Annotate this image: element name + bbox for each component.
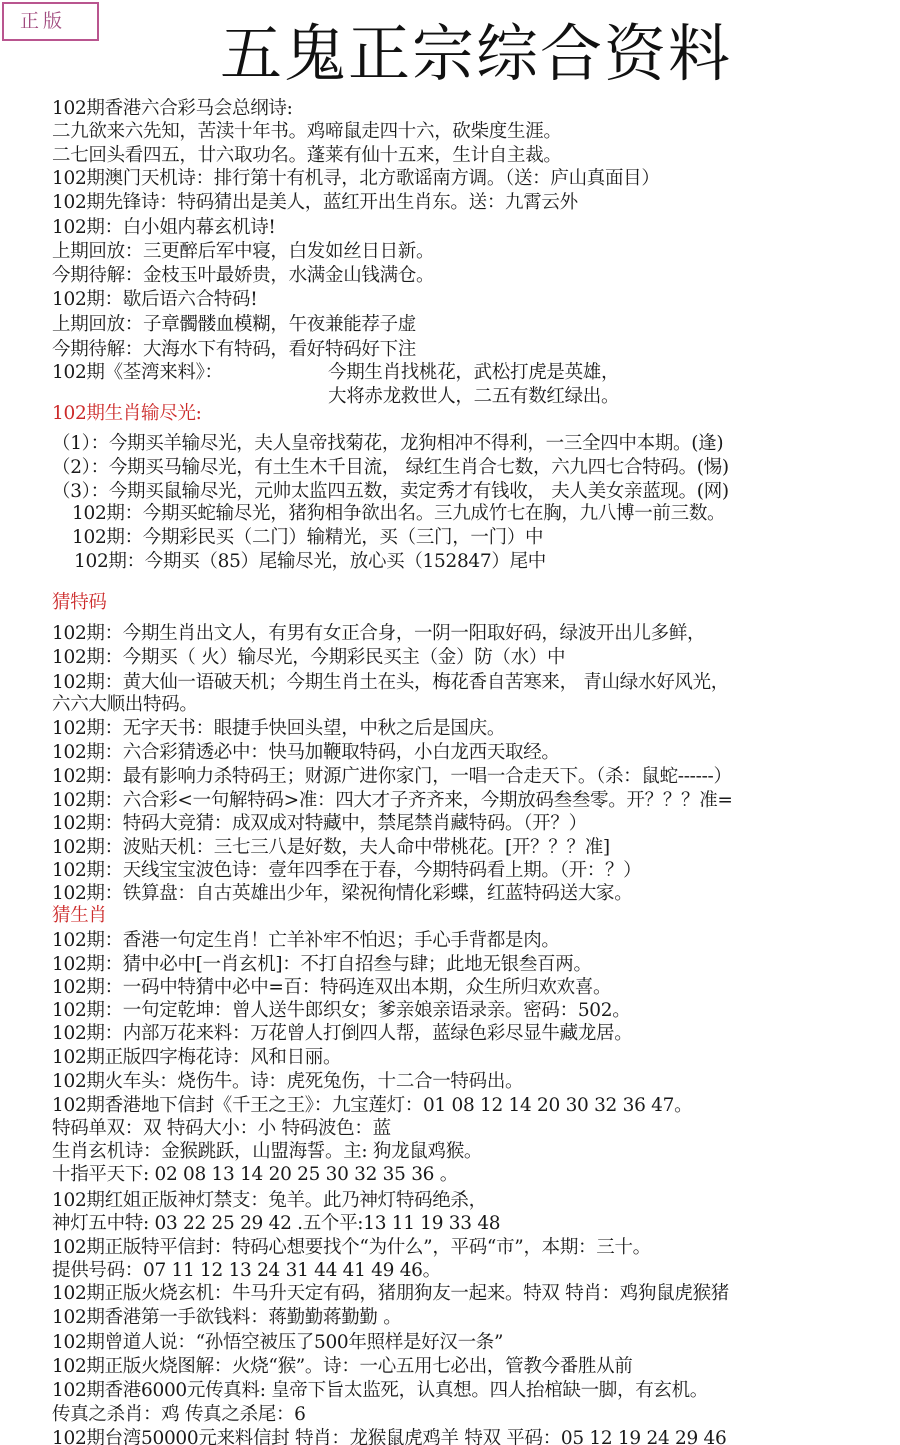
text-line: 102期先锋诗：特码猜出是美人，蓝红开出生肖东。送：九霄云外	[52, 192, 578, 214]
text-line: 102期台湾50000元来料信封 特肖：龙猴鼠虎鸡羊 特双 平码：05 12 1…	[52, 1428, 726, 1445]
text-line: 102期：今期买（85）尾输尽光，放心买（152847）尾中	[74, 551, 546, 573]
text-line: 102期香港六合彩马会总纲诗:	[52, 98, 293, 120]
text-line: 上期回放：子章髑髅血模糊，午夜兼能荐子虚	[52, 314, 416, 336]
text-line: 特码单双：双 特码大小：小 特码波色：蓝	[52, 1118, 391, 1140]
text-line: 102期：今期生肖出文人，有男有女正合身，一阴一阳取好码，绿波开出儿多鲜，	[52, 623, 705, 645]
text-line: 102期：特码大竞猜：成双成对特藏中，禁尾禁肖藏特码。（开？）	[52, 813, 587, 835]
text-line: 102期：内部万花来料：万花曾人打倒四人帮，蓝绿色彩尽显牛藏龙居。	[52, 1023, 632, 1045]
text-line: 今期待解：金枝玉叶最娇贵，水满金山钱满仓。	[52, 265, 434, 287]
text-line: 102期：今期买（ 火）输尽光，今期彩民买主（金）防（水）中	[52, 647, 565, 669]
text-line: 102期：香港一句定生肖！亡羊补牢不怕迟；手心手背都是肉。	[52, 930, 560, 952]
text-line: 102期红姐正版神灯禁支：兔羊。此乃神灯特码绝杀，	[52, 1190, 487, 1212]
text-line: 102期火车头：烧伤牛。诗：虎死兔伤，十二合一特码出。	[52, 1071, 523, 1093]
text-line: 102期：猜中必中[一肖玄机]：不打自招叁与肆；此地无银叁百两。	[52, 954, 592, 976]
text-line: 102期：无字天书：眼捷手快回头望，中秋之后是国庆。	[52, 718, 505, 740]
text-line: 102期：六合彩<一句解特码>准：四大才子齐齐来，今期放码叁叁零。开？？？准=	[52, 790, 733, 812]
section-heading: 猜生肖	[52, 905, 107, 927]
text-line: 102期：今期彩民买（二门）输精光，买（三门，一门）中	[72, 527, 543, 549]
text-line: 102期：波贴天机：三七三八是好数，夫人命中带桃花。[开？？？准]	[52, 837, 610, 859]
text-line: 今期生肖找桃花，武松打虎是英雄，	[328, 362, 619, 384]
text-line: 102期澳门天机诗：排行第十有机寻，北方歌谣南方调。（送：庐山真面目）	[52, 168, 660, 190]
text-line: 大将赤龙救世人，二五有数红绿出。	[328, 386, 619, 408]
text-line: 十指平天下: 02 08 13 14 20 25 30 32 35 36 。	[52, 1164, 458, 1186]
text-line: 神灯五中特: 03 22 25 29 42 .五个平:13 11 19 33 4…	[52, 1213, 500, 1235]
text-line: 102期《荃湾来料》：	[52, 362, 223, 384]
text-line: 二七回头看四五，廿六取功名。蓬莱有仙十五来，生计自主裁。	[52, 145, 562, 167]
text-line: 提供号码：07 11 12 13 24 31 44 41 49 46。	[52, 1260, 441, 1282]
text-line: 102期正版特平信封：特码心想要找个“为什么”，平码“市”，本期：三十。	[52, 1237, 651, 1259]
text-line: 今期待解：大海水下有特码，看好特码好下注	[52, 339, 416, 361]
text-line: 102期：铁算盘：自古英雄出少年，梁祝徇情化彩蝶，红蓝特码送大家。	[52, 883, 632, 905]
text-line: 102期：六合彩猜透必中：快马加鞭取特码，小白龙西天取经。	[52, 742, 560, 764]
text-line: 102期：一句定乾坤：曾人送牛郎织女；爹亲娘亲语录亲。密码：502。	[52, 1000, 630, 1022]
text-line: （1）：今期买羊输尽光，夫人皇帝找菊花，龙狗相冲不得利，一三全四中本期。(逢)	[52, 433, 723, 455]
text-line: 102期香港地下信封《千王之王》：九宝莲灯：01 08 12 14 20 30 …	[52, 1095, 692, 1117]
text-line: 102期曾道人说：“孙悟空被压了500年照样是好汉一条”	[52, 1332, 503, 1354]
page-title: 五鬼正宗综合资料	[220, 18, 732, 90]
text-line: 102期香港6000元传真料: 皇帝下旨太监死，认真想。四人抬棺缺一脚，有玄机。	[52, 1380, 708, 1402]
text-line: 二九欲来六先知，苦渎十年书。鸡啼鼠走四十六，砍柴度生涯。	[52, 121, 562, 143]
text-line: 102期正版火烧玄机：牛马升天定有码，猪朋狗友一起来。特双 特肖：鸡狗鼠虎猴猪	[52, 1283, 729, 1305]
text-line: 102期正版火烧图解：火烧“猴”。诗：一心五用七必出，管教今番胜从前	[52, 1356, 633, 1378]
text-line: （2）：今期买马输尽光，有土生木千目流， 绿红生肖合七数，六九四七合特码。(惕)	[52, 457, 729, 479]
text-line: 传真之杀肖：鸡 传真之杀尾：6	[52, 1404, 306, 1426]
text-line: 102期：今期买蛇输尽光，猪狗相争欲出名。三九成竹七在胸，九八博一前三数。	[72, 503, 725, 525]
text-line: 102期：最有影响力杀特码王；财源广进你家门，一唱一合走天下。（杀：鼠蛇----…	[52, 766, 732, 788]
text-line: 102期正版四字梅花诗：风和日丽。	[52, 1047, 341, 1069]
section-heading: 猜特码	[52, 592, 107, 614]
text-line: 生肖玄机诗：金猴跳跃，山盟海誓。主: 狗龙鼠鸡猴。	[52, 1141, 482, 1163]
text-line: 102期：歇后语六合特码!	[52, 289, 257, 311]
text-line: 102期：白小姐内幕玄机诗!	[52, 217, 276, 239]
text-line: 六六大顺出特码。	[52, 694, 198, 716]
text-line: 102期：一码中特猜中必中=百：特码连双出本期，众生所归欢欢喜。	[52, 977, 611, 999]
text-line: 102期：天线宝宝波色诗：壹年四季在于春，今期特码看上期。（开：？）	[52, 860, 641, 882]
section-heading: 102期生肖输尽光:	[52, 403, 202, 425]
text-line: 102期香港第一手欲钱料：蒋勤勤蒋勤勤 。	[52, 1307, 401, 1329]
text-line: 上期回放：三更醉后军中寝，白发如丝日日新。	[52, 241, 434, 263]
text-line: 102期：黄大仙一语破天机；今期生肖土在头，梅花香自苦寒来， 青山绿水好风光，	[52, 672, 729, 694]
authentic-badge: 正版	[2, 2, 99, 41]
text-line: （3）：今期买鼠输尽光，元帅太监四五数，卖定秀才有钱收， 夫人美女亲蓝现。(网)	[52, 481, 729, 503]
